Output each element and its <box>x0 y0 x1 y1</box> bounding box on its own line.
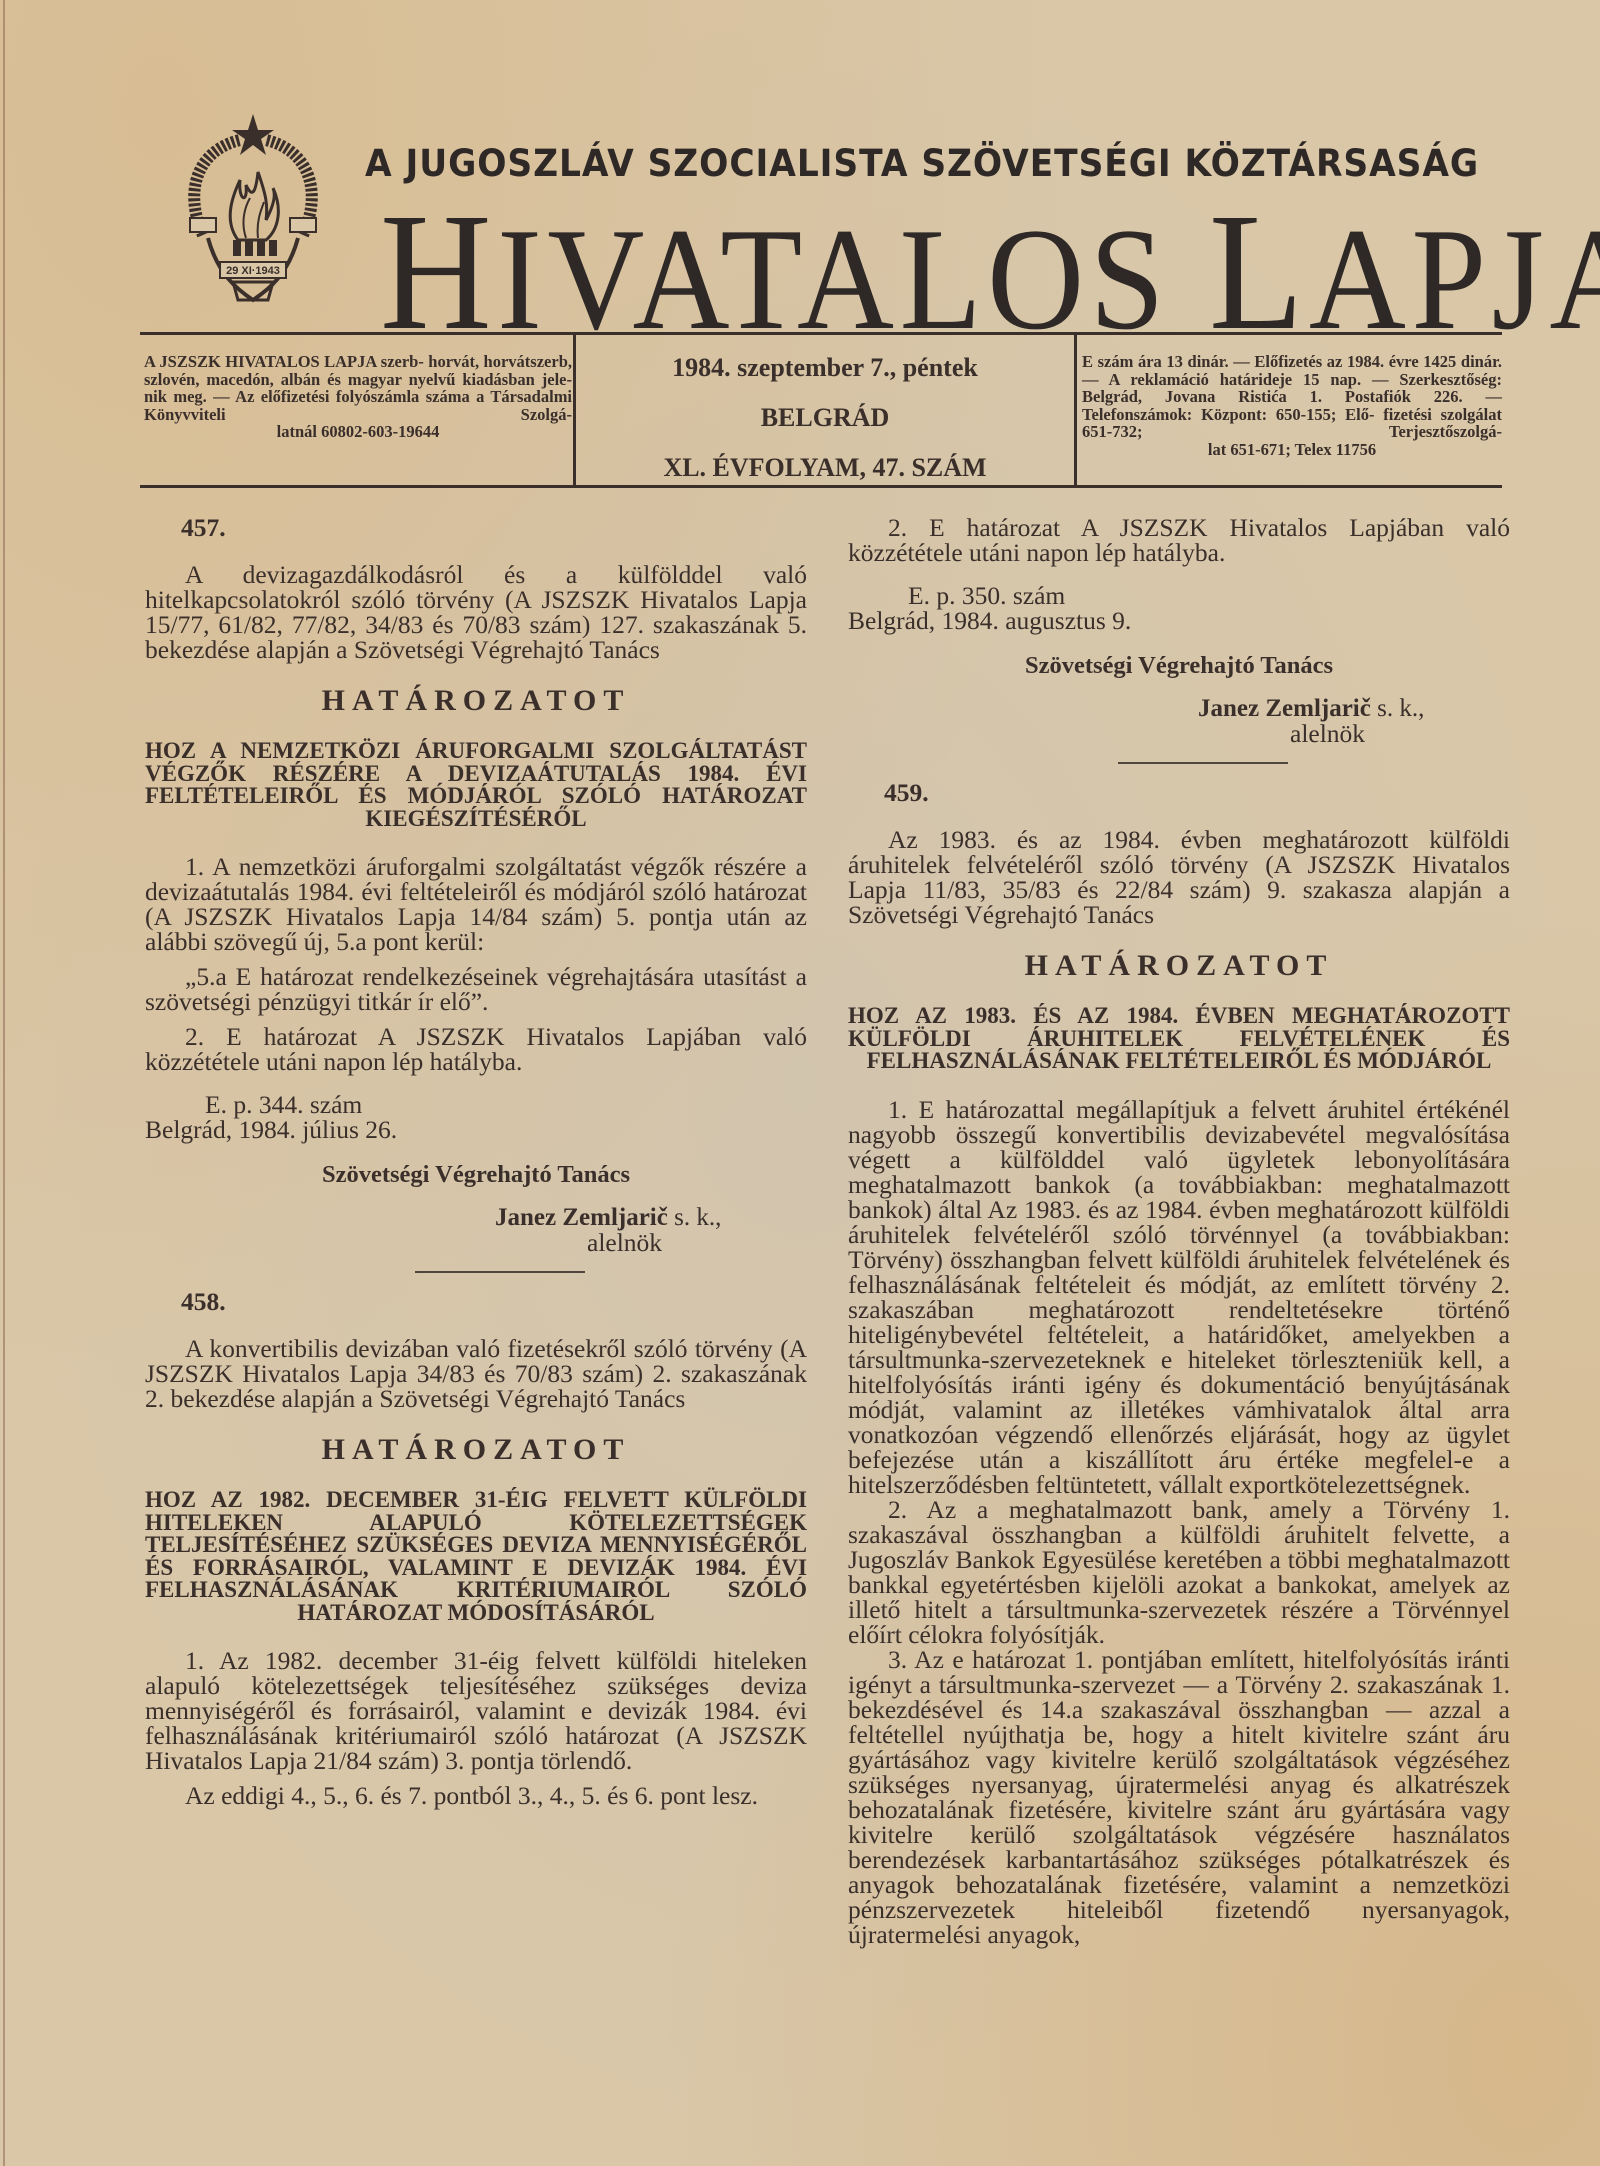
point-1-459: 1. E határozattal megállapítjuk a felvet… <box>848 1097 1510 1497</box>
signature-457: Janez Zemljarič s. k., <box>145 1205 807 1230</box>
languages-text: A JSZSZK HIVATALOS LAPJA szerb- horvát, … <box>144 353 572 441</box>
right-column: 2. E határozat A JSZSZK Hivatalos Lapjáb… <box>848 515 1510 1947</box>
place-date-457: Belgrád, 1984. július 26. <box>145 1117 807 1142</box>
document-number-459: 459. <box>884 780 1510 805</box>
point-2-458: 2. E határozat A JSZSZK Hivatalos Lapjáb… <box>848 515 1510 565</box>
issue-date: 1984. szeptember 7., péntek <box>576 355 1074 381</box>
contact-line: határideje 15 nap. — Szerkesztőség: <box>1220 370 1502 389</box>
lang-line: nik meg. — Az előfizetési folyószámla <box>144 387 419 406</box>
quote-5a-457: „5.a E határozat rendelkezéseinek végreh… <box>145 964 807 1014</box>
lang-line: A JSZSZK HIVATALOS LAPJA szerb- <box>144 352 424 371</box>
verdict-heading-457: HATÁROZATOT <box>145 686 807 716</box>
issue-info-box: 1984. szeptember 7., péntek BELGRÁD XL. … <box>573 335 1077 485</box>
resolution-title-457: HOZ A NEMZETKÖZI ÁRUFORGALMI SZOLGÁLTATÁ… <box>145 740 807 830</box>
point-3-459: 3. Az e határozat 1. pontjában említett,… <box>848 1647 1510 1947</box>
section-divider <box>1118 762 1288 764</box>
point-2-459: 2. Az a meghatalmazott bank, amely a Tör… <box>848 1497 1510 1647</box>
price-contact-box: E szám ára 13 dinár. — Előfizetés az 198… <box>1082 335 1502 485</box>
issuing-body-457: Szövetségi Végrehajtó Tanács <box>145 1162 807 1187</box>
preamble-459: Az 1983. és az 1984. évben meghatározott… <box>848 827 1510 927</box>
contact-line: lat 651-671; Telex 11756 <box>1082 441 1502 459</box>
issuing-body-458: Szövetségi Végrehajtó Tanács <box>848 653 1510 678</box>
page-edge <box>3 0 5 2166</box>
emblem-date: 29 XI·1943 <box>226 265 280 277</box>
signer-suffix: s. k., <box>1377 695 1424 722</box>
reference-number-457: E. p. 344. szám <box>145 1092 807 1117</box>
contact-line: Belgrád, Jovana Ristića 1. Postafiók 226… <box>1082 387 1463 406</box>
verdict-heading-458: HATÁROZATOT <box>145 1435 807 1465</box>
preamble-458: A konvertibilis devizában való fizetések… <box>145 1336 807 1411</box>
issue-city: BELGRÁD <box>576 405 1074 431</box>
point-renumber-458: Az eddigi 4., 5., 6. és 7. pontból 3., 4… <box>145 1783 807 1808</box>
signer-name: Janez Zemljarič <box>1198 695 1371 722</box>
contact-line: E szám ára 13 dinár. — Előfizetés az <box>1082 352 1342 371</box>
document-number-457: 457. <box>181 515 807 540</box>
place-date-458: Belgrád, 1984. augusztus 9. <box>848 608 1510 633</box>
masthead: 29 XI·1943 A JUGOSZLÁV SZOCIALISTA SZÖVE… <box>140 100 1500 330</box>
verdict-heading-459: HATÁROZATOT <box>848 951 1510 981</box>
republic-name: A JUGOSZLÁV SZOCIALISTA SZÖVETSÉGI KÖZTÁ… <box>365 142 1479 185</box>
section-divider <box>415 1271 585 1273</box>
paper-title: HIVATALOS LAPJA <box>380 188 1600 356</box>
point-1-457: 1. A nemzetközi áruforgalmi szolgáltatás… <box>145 854 807 954</box>
point-1-458: 1. Az 1982. december 31-éig felvett külf… <box>145 1648 807 1773</box>
signature-458: Janez Zemljarič s. k., <box>848 696 1510 721</box>
lang-line: latnál 60802-603-19644 <box>144 423 572 441</box>
document-number-458: 458. <box>181 1289 807 1314</box>
preamble-457: A devizagazdálkodásról és a külfölddel v… <box>145 562 807 662</box>
price-contact-text: E szám ára 13 dinár. — Előfizetés az 198… <box>1082 353 1502 458</box>
point-2-457: 2. E határozat A JSZSZK Hivatalos Lapjáb… <box>145 1024 807 1074</box>
lang-line: albán és magyar nyelvű kiadásban jele- <box>281 370 572 389</box>
signer-name: Janez Zemljarič <box>495 1204 668 1231</box>
reference-number-458: E. p. 350. szám <box>848 583 1510 608</box>
info-band: A JSZSZK HIVATALOS LAPJA szerb- horvát, … <box>140 332 1502 488</box>
left-column: 457. A devizagazdálkodásról és a külföld… <box>145 515 807 1808</box>
resolution-title-458: HOZ AZ 1982. DECEMBER 31-ÉIG FELVETT KÜL… <box>145 1489 807 1624</box>
issue-number: XL. ÉVFOLYAM, 47. SZÁM <box>576 455 1074 481</box>
resolution-title-459: HOZ AZ 1983. ÉS AZ 1984. ÉVBEN MEGHATÁRO… <box>848 1005 1510 1073</box>
signer-title-457: alelnök <box>145 1230 807 1255</box>
publication-languages-box: A JSZSZK HIVATALOS LAPJA szerb- horvát, … <box>144 335 572 485</box>
signer-suffix: s. k., <box>674 1204 721 1231</box>
state-emblem-icon: 29 XI·1943 <box>178 110 328 310</box>
signer-title-458: alelnök <box>848 721 1510 746</box>
